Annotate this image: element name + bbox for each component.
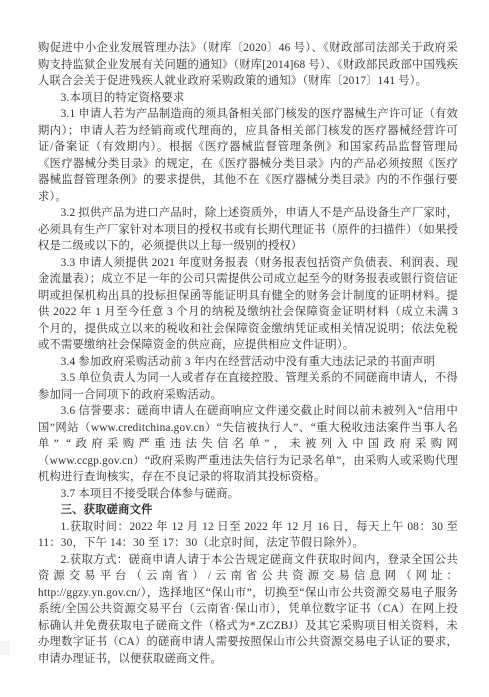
paragraph-clause-3-2: 3.2 拟供产品为进口产品时，除上述资质外，申请人不是产品设备生产厂家时，必须具…: [38, 205, 458, 255]
paragraph-clause-3-3: 3.3 申请人须提供 2021 年度财务报表（财务报表包括资产负债表、利润表、现…: [38, 255, 458, 354]
paragraph-clause-3-1: 3.1 申请人若为产品制造商的须具备相关部门核发的医疗器械生产许可证（有效期内）…: [38, 106, 458, 205]
paragraph-section-3-heading: 3.本项目的特定资格要求: [38, 90, 458, 107]
paragraph-obtain-time: 1.获取时间：2022 年 12 月 12 日至 2022 年 12 月 16 …: [38, 519, 458, 552]
section-heading-obtain-documents: 三、获取磋商文件: [38, 502, 458, 519]
document-page: 购促进中小企业发展管理办法》（财库〔2020〕46 号）、《财政部司法部关于政府…: [0, 0, 489, 697]
paragraph-clause-3-6: 3.6 信誉要求：磋商申请人在磋商响应文件递交截止时间以前未被列入“信用中国”网…: [38, 403, 458, 486]
paragraph-clause-3-7: 3.7 本项目不接受联合体参与磋商。: [38, 486, 458, 503]
paragraph-policy-references-continuation: 购促进中小企业发展管理办法》（财库〔2020〕46 号）、《财政部司法部关于政府…: [38, 40, 458, 90]
paragraph-clause-3-4: 3.4 参加政府采购活动前 3 年内在经营活动中没有重大违法记录的书面声明: [38, 354, 458, 371]
paragraph-obtain-method: 2.获取方式：磋商申请人请于本公告规定磋商文件获取时间内，登录全国公共资源交易平…: [38, 552, 458, 668]
document-text-block: 购促进中小企业发展管理办法》（财库〔2020〕46 号）、《财政部司法部关于政府…: [38, 40, 458, 667]
scan-artifact: [0, 641, 10, 655]
paragraph-clause-3-5: 3.5 单位负责人为同一人或者存在直接控股、管理关系的不同磋商申请人，不得参加同…: [38, 370, 458, 403]
